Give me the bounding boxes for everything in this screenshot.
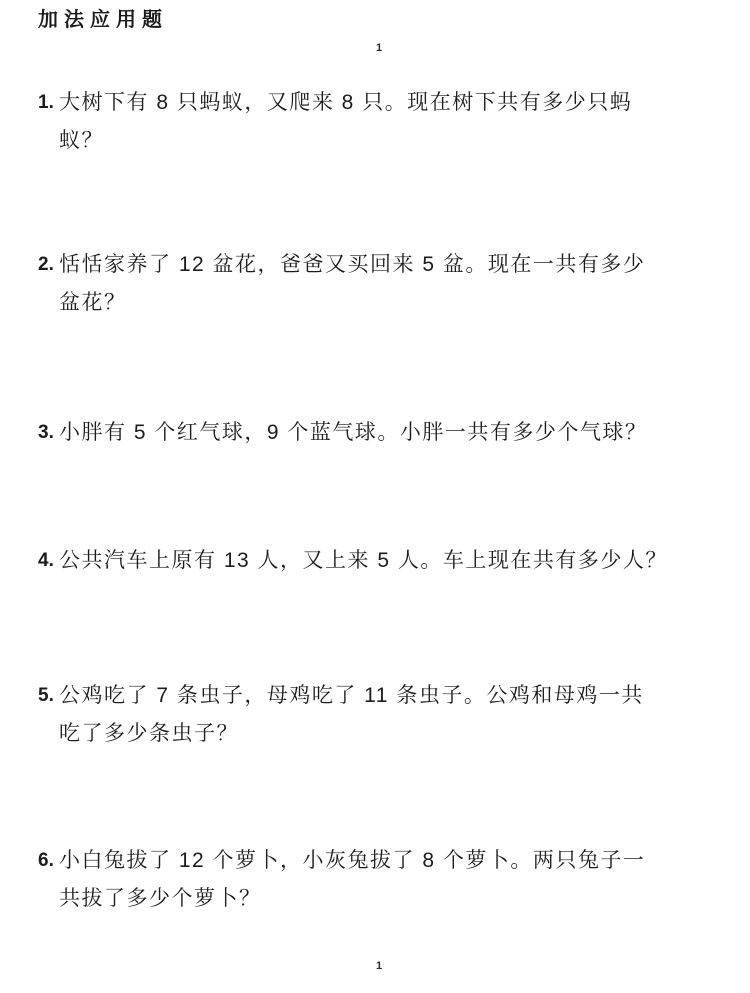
- question-item-6: 6. 小白兔拔了 12 个萝卜，小灰兔拔了 8 个萝卜。两只兔子一 共拔了多少个…: [38, 842, 720, 918]
- question-line: 吃了多少条虫子？: [59, 715, 720, 753]
- question-text: 大树下有 8 只蚂蚁，又爬来 8 只。现在树下共有多少只蚂 蚁？: [59, 84, 720, 160]
- question-number: 1.: [38, 84, 59, 122]
- question-line: 恬恬家养了 12 盆花，爸爸又买回来 5 盆。现在一共有多少: [59, 246, 720, 284]
- question-line: 公鸡吃了 7 条虫子，母鸡吃了 11 条虫子。公鸡和母鸡一共: [59, 677, 720, 715]
- question-item-1: 1. 大树下有 8 只蚂蚁，又爬来 8 只。现在树下共有多少只蚂 蚁？: [38, 84, 720, 160]
- question-text: 公共汽车上原有 13 人，又上来 5 人。车上现在共有多少人？: [59, 542, 720, 580]
- question-number: 5.: [38, 677, 59, 715]
- question-text: 小白兔拔了 12 个萝卜，小灰兔拔了 8 个萝卜。两只兔子一 共拔了多少个萝卜？: [59, 842, 720, 918]
- question-text: 公鸡吃了 7 条虫子，母鸡吃了 11 条虫子。公鸡和母鸡一共 吃了多少条虫子？: [59, 677, 720, 753]
- question-item-4: 4. 公共汽车上原有 13 人，又上来 5 人。车上现在共有多少人？: [38, 542, 720, 580]
- question-text: 恬恬家养了 12 盆花，爸爸又买回来 5 盆。现在一共有多少 盆花？: [59, 246, 720, 322]
- question-line: 公共汽车上原有 13 人，又上来 5 人。车上现在共有多少人？: [59, 542, 720, 580]
- page-number-top: 1: [38, 42, 720, 54]
- question-number: 4.: [38, 542, 59, 580]
- page-number-bottom: 1: [38, 960, 720, 972]
- question-item-2: 2. 恬恬家养了 12 盆花，爸爸又买回来 5 盆。现在一共有多少 盆花？: [38, 246, 720, 322]
- question-item-3: 3. 小胖有 5 个红气球，9 个蓝气球。小胖一共有多少个气球？: [38, 414, 720, 452]
- question-line: 小白兔拔了 12 个萝卜，小灰兔拔了 8 个萝卜。两只兔子一: [59, 842, 720, 880]
- question-line: 共拔了多少个萝卜？: [59, 880, 720, 918]
- question-number: 3.: [38, 414, 59, 452]
- question-number: 6.: [38, 842, 59, 880]
- question-line: 蚁？: [59, 122, 720, 160]
- question-text: 小胖有 5 个红气球，9 个蓝气球。小胖一共有多少个气球？: [59, 414, 720, 452]
- worksheet-page: 加法应用题 1 1. 大树下有 8 只蚂蚁，又爬来 8 只。现在树下共有多少只蚂…: [0, 0, 750, 993]
- question-number: 2.: [38, 246, 59, 284]
- question-item-5: 5. 公鸡吃了 7 条虫子，母鸡吃了 11 条虫子。公鸡和母鸡一共 吃了多少条虫…: [38, 677, 720, 753]
- page-title: 加法应用题: [38, 8, 720, 32]
- question-line: 大树下有 8 只蚂蚁，又爬来 8 只。现在树下共有多少只蚂: [59, 84, 720, 122]
- question-line: 小胖有 5 个红气球，9 个蓝气球。小胖一共有多少个气球？: [59, 414, 720, 452]
- question-line: 盆花？: [59, 284, 720, 322]
